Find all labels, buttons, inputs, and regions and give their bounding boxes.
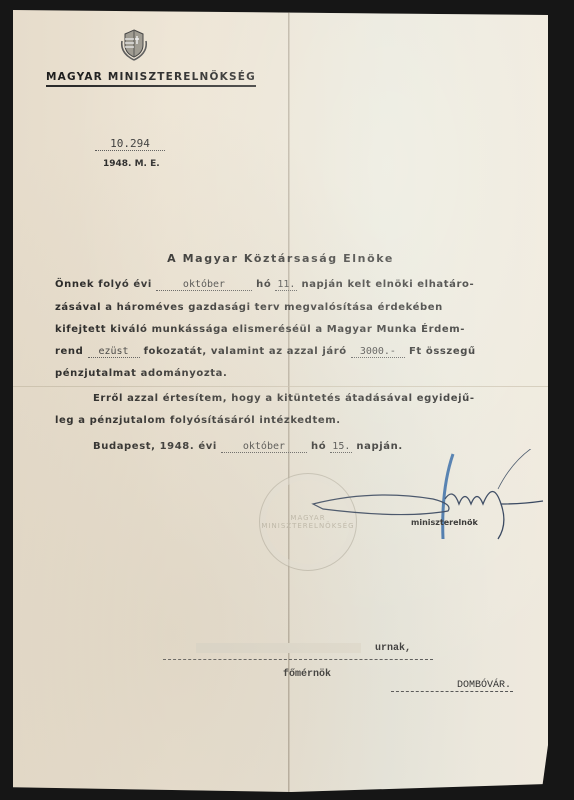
recipient-title: főmérnök [283, 669, 331, 680]
filled-grade: ezüst [88, 346, 140, 358]
filled-amount: 3000.- [351, 346, 405, 358]
reference-year: 1948. M. E. [103, 159, 160, 169]
redacted-recipient-name [196, 643, 361, 653]
text: Ft összegű [409, 346, 476, 357]
paragraph1-line2: zásával a hároméves gazdasági terv megva… [55, 302, 443, 313]
signatory-title: miniszterelnök [411, 518, 478, 527]
recipient-line [163, 659, 433, 660]
paragraph1-line4: rend ezüst fokozatát, valamint az azzal … [55, 346, 476, 358]
paragraph1-line1: Önnek folyó évi október hó 11. napján ke… [55, 279, 474, 291]
document-paper: MAGYAR MINISZTERELNÖKSÉG 10.294 1948. M.… [13, 9, 548, 792]
paragraph2-line1: Erről azzal értesítem, hogy a kitüntetés… [93, 393, 475, 404]
recipient-salutation: urnak, [375, 643, 411, 654]
text: hó [256, 279, 271, 290]
signature-icon [253, 449, 553, 549]
filled-day: 11. [275, 279, 297, 291]
text: fokozatát, valamint az azzal járó [144, 346, 347, 357]
text: rend [55, 346, 83, 357]
paragraph1-line3: kifejtett kiváló munkássága elismeréséül… [55, 324, 465, 335]
coat-of-arms-icon [119, 27, 149, 61]
text: Önnek folyó évi [55, 279, 152, 290]
horizontal-fold [13, 386, 548, 387]
paragraph1-line5: pénzjutalmat adományozta. [55, 368, 227, 379]
text: Budapest, 1948. évi [93, 441, 217, 452]
reference-number: 10.294 [95, 137, 165, 151]
text: napján kelt elnöki elhatáro- [301, 279, 474, 290]
document-heading: A Magyar Köztársaság Elnöke [13, 252, 548, 265]
filled-month: október [156, 279, 252, 291]
paragraph2-line2: leg a pénzjutalom folyósításáról intézke… [55, 415, 341, 426]
recipient-city: DOMBÓVÁR. [391, 680, 513, 692]
organization-header: MAGYAR MINISZTERELNÖKSÉG [46, 71, 256, 87]
